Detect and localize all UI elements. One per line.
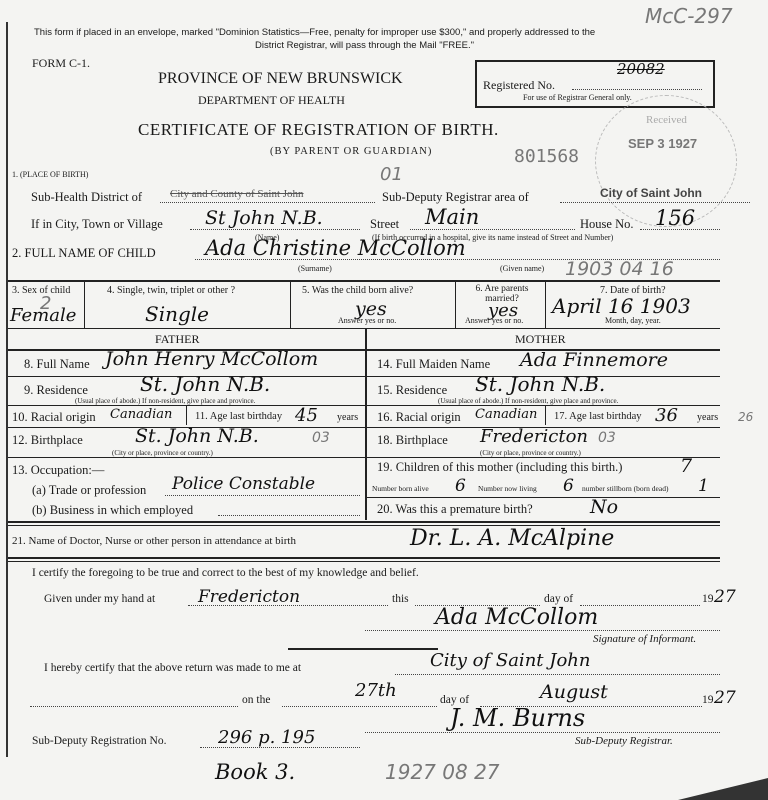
given-place-value: Fredericton <box>198 587 300 607</box>
mother-children-value: 7 <box>680 455 692 477</box>
district-label: Sub-Health District of <box>31 190 142 205</box>
mother-heading: MOTHER <box>515 332 566 347</box>
certificate-title: CERTIFICATE OF REGISTRATION OF BIRTH. <box>138 120 499 140</box>
scan-corner-shadow <box>678 778 768 800</box>
serial-number: 801568 <box>514 146 579 167</box>
city-label: If in City, Town or Village <box>31 217 163 232</box>
city-value: St John N.B. <box>205 207 323 229</box>
father-birthplace-value: St. John N.B. <box>135 425 259 447</box>
attendant-value: Dr. L. A. McAlpine <box>410 526 614 551</box>
registrar-day-value: 27th <box>355 680 397 701</box>
child-name-label: 2. FULL NAME OF CHILD <box>12 246 156 261</box>
department-heading: DEPARTMENT OF HEALTH <box>198 93 345 108</box>
registrar-place-value: City of Saint John <box>430 650 590 671</box>
dob-value: April 16 1903 <box>552 294 691 318</box>
district-code: 01 <box>380 164 403 185</box>
registered-number-label: Registered No. <box>483 78 555 93</box>
mail-note-line2: District Registrar, will pass through th… <box>255 40 474 51</box>
province-heading: PROVINCE OF NEW BRUNSWICK <box>158 70 403 88</box>
house-label: House No. <box>580 217 633 232</box>
registered-number-value: 20082 <box>617 60 665 78</box>
mail-note-line1: This form if placed in an envelope, mark… <box>34 27 595 38</box>
form-id: FORM C-1. <box>32 56 90 71</box>
place-of-birth-section: 1. (PLACE OF BIRTH) <box>12 170 88 179</box>
child-pencil-date: 1903 04 16 <box>565 258 674 280</box>
certificate-subtitle: (BY PARENT OR GUARDIAN) <box>270 146 432 157</box>
registration-number-value: 296 p. 195 <box>218 727 315 748</box>
informant-signature: Ada McCollom <box>435 605 598 630</box>
mother-name-value: Ada Finnemore <box>520 349 668 371</box>
mother-birthplace-code: 03 <box>598 430 616 446</box>
subdeputy-label: Sub-Deputy Registrar area of <box>382 190 529 205</box>
father-name-value: John Henry McCollom <box>105 348 318 370</box>
street-label: Street <box>370 217 399 232</box>
plurality-value: Single <box>145 302 209 326</box>
father-trade-value: Police Constable <box>172 474 315 494</box>
child-name-value: Ada Christine McCollom <box>205 236 466 260</box>
mother-age-value: 36 <box>655 405 678 426</box>
mother-born-alive-value: 6 <box>455 476 466 496</box>
district-value: City and County of Saint John <box>170 188 304 200</box>
father-heading: FATHER <box>155 332 199 347</box>
father-racial-value: Canadian <box>110 407 172 422</box>
mother-now-living-value: 6 <box>563 476 574 496</box>
book-note: Book 3. <box>215 760 295 784</box>
registration-pencil-date: 1927 08 27 <box>385 760 500 784</box>
certify-year-value: 27 <box>714 587 736 607</box>
stamp-date: SEP 3 1927 <box>628 136 697 151</box>
father-birthplace-code: 03 <box>312 430 330 446</box>
registered-number-note: For use of Registrar General only. <box>523 93 632 102</box>
left-border <box>6 22 8 757</box>
father-age-value: 45 <box>295 405 318 426</box>
mother-birthplace-value: Fredericton <box>480 426 588 447</box>
father-residence-value: St. John N.B. <box>140 372 270 396</box>
subdeputy-value: City of Saint John <box>600 186 702 200</box>
mother-age-pencil: 26 <box>738 410 753 424</box>
house-value: 156 <box>655 206 695 230</box>
mother-racial-value: Canadian <box>475 407 537 422</box>
registrar-year-value: 27 <box>714 688 736 708</box>
mother-residence-value: St. John N.B. <box>475 372 605 396</box>
registrar-signature: J. M. Burns <box>450 704 585 732</box>
registrar-month-value: August <box>540 681 608 703</box>
sex-value: Female <box>10 305 76 326</box>
mother-premature-value: No <box>590 496 618 518</box>
pencil-reference: McC-297 <box>645 4 733 28</box>
street-value: Main <box>425 205 479 229</box>
mother-stillborn-value: 1 <box>698 476 709 496</box>
